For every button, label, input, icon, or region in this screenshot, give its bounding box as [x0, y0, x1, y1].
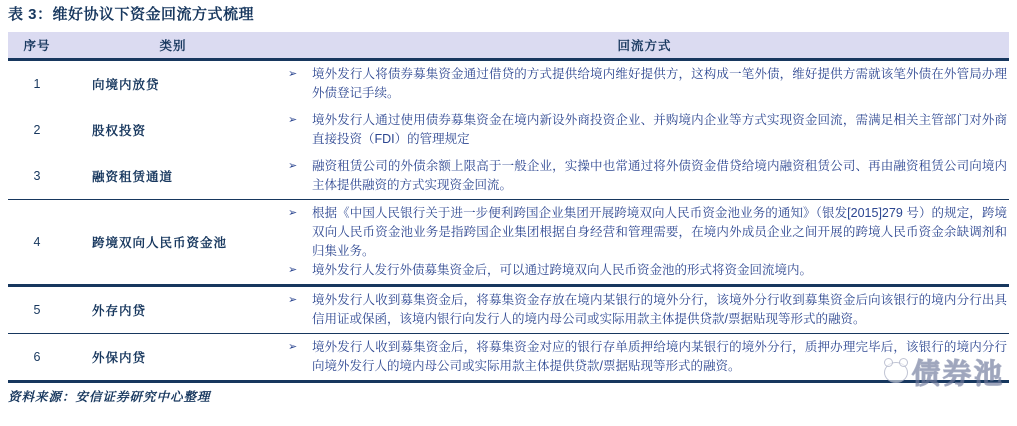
- arrow-bullet-icon: ➢: [280, 65, 312, 103]
- method-item: ➢ 境外发行人发行外债募集资金后，可以通过跨境双向人民币资金池的形式将资金回流境…: [280, 261, 1007, 280]
- row-number: 1: [8, 60, 66, 108]
- source-note: 资料来源：安信证券研究中心整理: [8, 383, 1009, 405]
- arrow-bullet-icon: ➢: [280, 291, 312, 329]
- method-item: ➢ 境外发行人通过使用债券募集资金在境内新设外商投资企业、并购境内企业等方式实现…: [280, 111, 1007, 149]
- arrow-bullet-icon: ➢: [280, 157, 312, 195]
- row-number: 3: [8, 153, 66, 200]
- row-number: 6: [8, 334, 66, 382]
- header-cell-method: 回流方式: [280, 32, 1009, 60]
- report-table-page: 表 3：维好协议下资金回流方式梳理 序号 类别 回流方式 1 向境内放贷 ➢ 境…: [0, 0, 1017, 405]
- method-item: ➢ 境外发行人将债券募集资金通过借贷的方式提供给境内维好提供方，这构成一笔外债，…: [280, 65, 1007, 103]
- arrow-bullet-icon: ➢: [280, 338, 312, 376]
- row-number: 5: [8, 286, 66, 334]
- row-category: 外存内贷: [66, 286, 280, 334]
- row-methods: ➢ 境外发行人通过使用债券募集资金在境内新设外商投资企业、并购境内企业等方式实现…: [280, 107, 1009, 153]
- row-number: 2: [8, 107, 66, 153]
- header-cell-category: 类别: [66, 32, 280, 60]
- table-row: 6 外保内贷 ➢ 境外发行人收到募集资金后，将募集资金对应的银行存单质押给境内某…: [8, 334, 1009, 382]
- arrow-bullet-icon: ➢: [280, 261, 312, 280]
- method-text: 境外发行人将债券募集资金通过借贷的方式提供给境内维好提供方，这构成一笔外债，维好…: [312, 65, 1007, 103]
- table-row: 5 外存内贷 ➢ 境外发行人收到募集资金后，将募集资金存放在境内某银行的境外分行…: [8, 286, 1009, 334]
- method-item: ➢ 境外发行人收到募集资金后，将募集资金对应的银行存单质押给境内某银行的境外分行…: [280, 338, 1007, 376]
- table-row: 4 跨境双向人民币资金池 ➢ 根据《中国人民银行关于进一步便利跨国企业集团开展跨…: [8, 200, 1009, 286]
- header-cell-number: 序号: [8, 32, 66, 60]
- row-methods: ➢ 境外发行人将债券募集资金通过借贷的方式提供给境内维好提供方，这构成一笔外债，…: [280, 60, 1009, 108]
- row-methods: ➢ 境外发行人收到募集资金后，将募集资金对应的银行存单质押给境内某银行的境外分行…: [280, 334, 1009, 382]
- row-methods: ➢ 境外发行人收到募集资金后，将募集资金存放在境内某银行的境外分行，该境外分行收…: [280, 286, 1009, 334]
- row-methods: ➢ 根据《中国人民银行关于进一步便利跨国企业集团开展跨境双向人民币资金池业务的通…: [280, 200, 1009, 286]
- row-category: 融资租赁通道: [66, 153, 280, 200]
- row-category: 跨境双向人民币资金池: [66, 200, 280, 286]
- method-text: 境外发行人发行外债募集资金后，可以通过跨境双向人民币资金池的形式将资金回流境内。: [312, 261, 1007, 280]
- method-text: 境外发行人收到募集资金后，将募集资金存放在境内某银行的境外分行，该境外分行收到募…: [312, 291, 1007, 329]
- arrow-bullet-icon: ➢: [280, 204, 312, 261]
- arrow-bullet-icon: ➢: [280, 111, 312, 149]
- table-row: 1 向境内放贷 ➢ 境外发行人将债券募集资金通过借贷的方式提供给境内维好提供方，…: [8, 60, 1009, 108]
- method-item: ➢ 融资租赁公司的外债余额上限高于一般企业，实操中也常通过将外债资金借贷给境内融…: [280, 157, 1007, 195]
- method-text: 根据《中国人民银行关于进一步便利跨国企业集团开展跨境双向人民币资金池业务的通知》…: [312, 204, 1007, 261]
- row-category: 向境内放贷: [66, 60, 280, 108]
- table-row: 3 融资租赁通道 ➢ 融资租赁公司的外债余额上限高于一般企业，实操中也常通过将外…: [8, 153, 1009, 200]
- method-text: 境外发行人收到募集资金后，将募集资金对应的银行存单质押给境内某银行的境外分行，质…: [312, 338, 1007, 376]
- row-category: 外保内贷: [66, 334, 280, 382]
- method-item: ➢ 境外发行人收到募集资金后，将募集资金存放在境内某银行的境外分行，该境外分行收…: [280, 291, 1007, 329]
- table-row: 2 股权投资 ➢ 境外发行人通过使用债券募集资金在境内新设外商投资企业、并购境内…: [8, 107, 1009, 153]
- row-category: 股权投资: [66, 107, 280, 153]
- row-methods: ➢ 融资租赁公司的外债余额上限高于一般企业，实操中也常通过将外债资金借贷给境内融…: [280, 153, 1009, 200]
- method-text: 融资租赁公司的外债余额上限高于一般企业，实操中也常通过将外债资金借贷给境内融资租…: [312, 157, 1007, 195]
- row-number: 4: [8, 200, 66, 286]
- method-item: ➢ 根据《中国人民银行关于进一步便利跨国企业集团开展跨境双向人民币资金池业务的通…: [280, 204, 1007, 261]
- repatriation-table: 序号 类别 回流方式 1 向境内放贷 ➢ 境外发行人将债券募集资金通过借贷的方式…: [8, 32, 1009, 383]
- table-header-row: 序号 类别 回流方式: [8, 32, 1009, 60]
- table-title: 表 3：维好协议下资金回流方式梳理: [8, 6, 1009, 24]
- method-text: 境外发行人通过使用债券募集资金在境内新设外商投资企业、并购境内企业等方式实现资金…: [312, 111, 1007, 149]
